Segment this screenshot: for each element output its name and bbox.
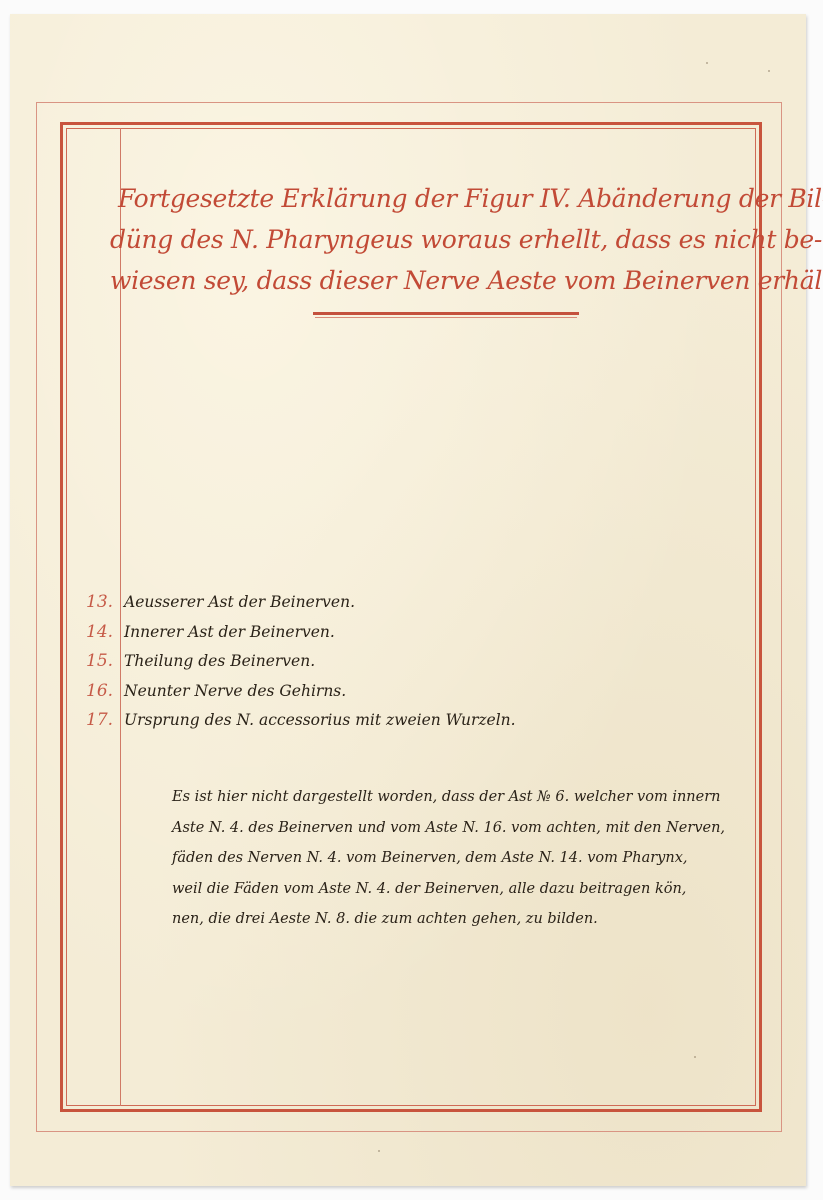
note-line: fäden des Nerven N. 4. vom Beinerven, de… bbox=[172, 843, 762, 874]
note-line: Aste N. 4. des Beinerven und vom Aste N.… bbox=[172, 813, 762, 844]
legend-item-number: 15. bbox=[86, 651, 120, 671]
legend-item-text: Ursprung des N. accessorius mit zweien W… bbox=[120, 711, 516, 729]
legend-item-number: 14. bbox=[86, 622, 120, 642]
title-line-1: Fortgesetzte Erklärung der Figur IV. Abä… bbox=[110, 178, 720, 219]
legend-item-number: 17. bbox=[86, 710, 120, 730]
legend-item: 16. Neunter Nerve des Gehirns. bbox=[86, 681, 746, 711]
paper-speck bbox=[768, 70, 770, 72]
title-underline-thin bbox=[315, 317, 577, 318]
legend-item-text: Neunter Nerve des Gehirns. bbox=[120, 682, 346, 700]
title-underline bbox=[313, 312, 579, 315]
note-line: nen, die drei Aeste N. 8. die zum achten… bbox=[172, 904, 762, 935]
legend-item: 14. Innerer Ast der Beinerven. bbox=[86, 622, 746, 652]
explanatory-note: Es ist hier nicht dargestellt worden, da… bbox=[172, 782, 762, 935]
legend-item-text: Innerer Ast der Beinerven. bbox=[120, 623, 335, 641]
figure-legend-list: 13. Aeusserer Ast der Beinerven. 14. Inn… bbox=[86, 592, 746, 740]
legend-item: 15. Theilung des Beinerven. bbox=[86, 651, 746, 681]
title-line-3: wiesen sey, dass dieser Nerve Aeste vom … bbox=[110, 260, 720, 301]
legend-item-number: 13. bbox=[86, 592, 120, 612]
legend-item-number: 16. bbox=[86, 681, 120, 701]
legend-item-text: Aeusserer Ast der Beinerven. bbox=[120, 593, 355, 611]
paper-speck bbox=[706, 62, 708, 64]
note-line: Es ist hier nicht dargestellt worden, da… bbox=[172, 782, 762, 813]
page-title: Fortgesetzte Erklärung der Figur IV. Abä… bbox=[110, 178, 720, 301]
legend-item: 17. Ursprung des N. accessorius mit zwei… bbox=[86, 710, 746, 740]
paper-speck bbox=[378, 1150, 380, 1152]
paper-speck bbox=[694, 1056, 696, 1058]
title-line-2: düng des N. Pharyngeus woraus erhellt, d… bbox=[110, 219, 720, 260]
legend-item: 13. Aeusserer Ast der Beinerven. bbox=[86, 592, 746, 622]
legend-item-text: Theilung des Beinerven. bbox=[120, 652, 315, 670]
note-line: weil die Fäden vom Aste N. 4. der Beiner… bbox=[172, 874, 762, 905]
